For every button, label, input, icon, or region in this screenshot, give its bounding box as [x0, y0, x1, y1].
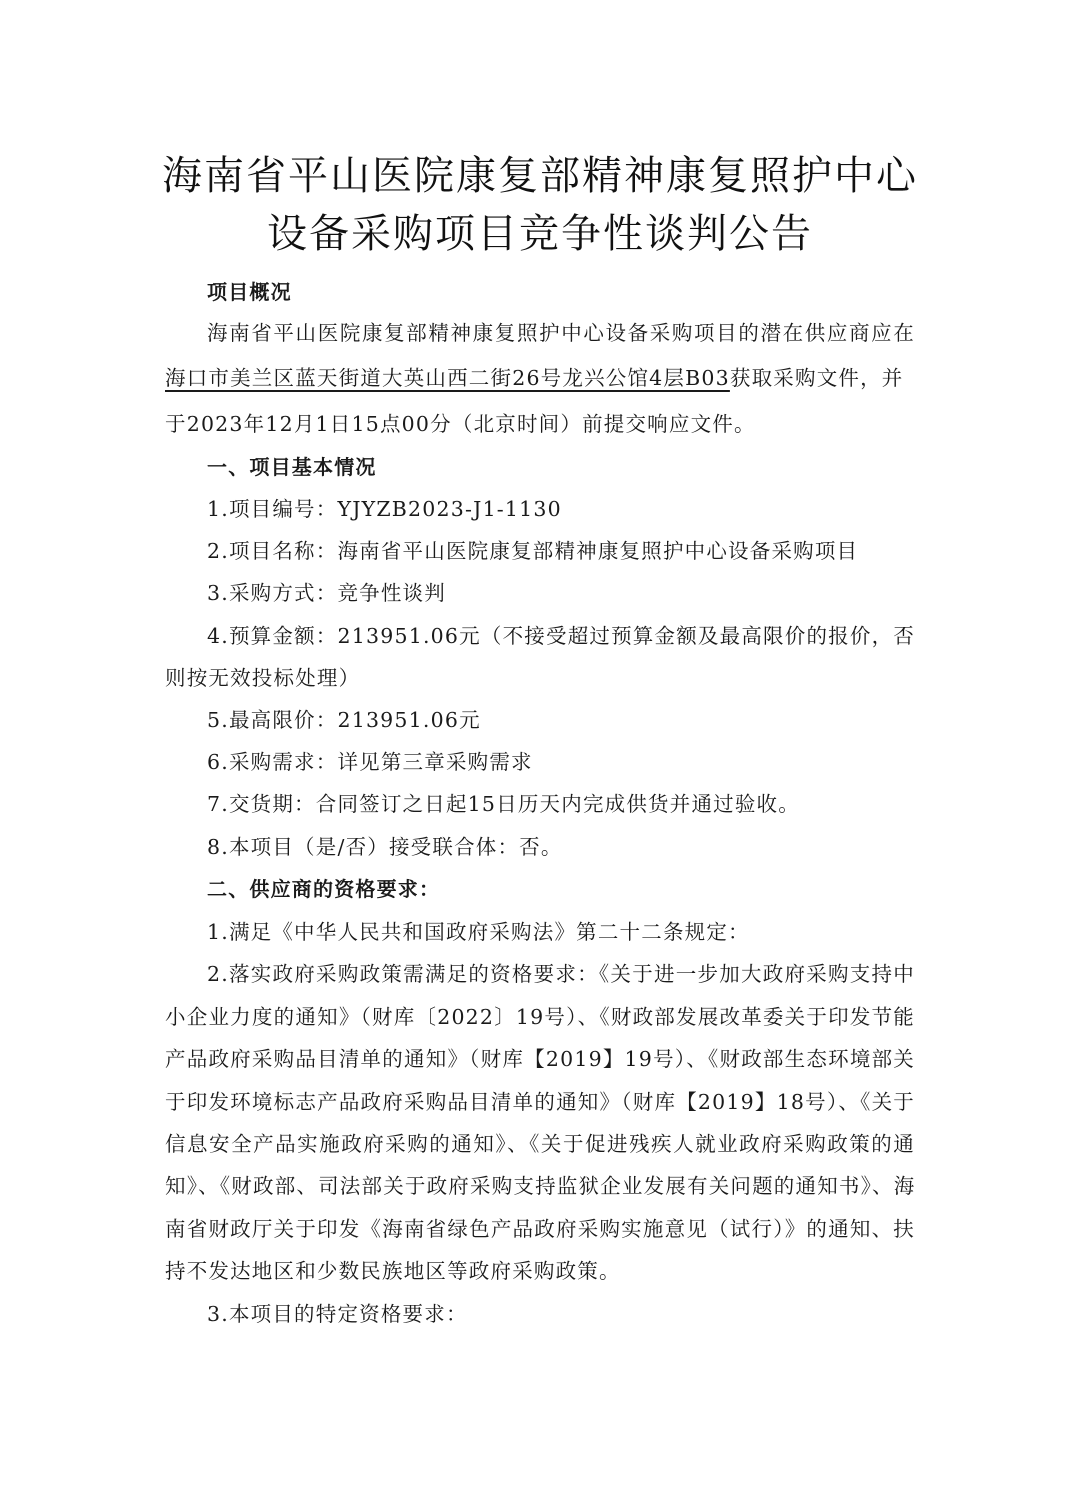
section-1-item-budget-continued: 则按无效投标处理） [165, 664, 915, 692]
section-1-item-budget: 4.预算金额：213951.06元（不接受超过预算金额及最高限价的报价，否 [207, 622, 915, 650]
section-1-item-delivery: 7.交货期：合同签订之日起15日历天内完成供货并通过验收。 [207, 790, 957, 818]
section-2-item-2-line-6: 知》、《财政部、司法部关于政府采购支持监狱企业发展有关问题的通知书》、海 [165, 1172, 915, 1200]
section-1-item-max-price: 5.最高限价：213951.06元 [207, 706, 957, 734]
section-2-item-2-line-4: 于印发环境标志产品政府采购品目清单的通知》（财库【2019】18号）、《关于 [165, 1088, 915, 1116]
document-title-line-1: 海南省平山医院康复部精神康复照护中心 [0, 152, 1080, 200]
section-2-item-2-line-2: 小企业力度的通知》（财库〔2022〕19号）、《财政部发展改革委关于印发节能 [165, 1003, 915, 1031]
section-1-item-consortium: 8.本项目（是/否）接受联合体：否。 [207, 833, 957, 861]
section-2-item-2-line-7: 南省财政厅关于印发《海南省绿色产品政府采购实施意见（试行）》的通知、扶 [165, 1215, 915, 1243]
section-1-item-requirements: 6.采购需求：详见第三章采购需求 [207, 748, 957, 776]
overview-paragraph-line-3: 于2023年12月1日15点00分（北京时间）前提交响应文件。 [165, 410, 915, 438]
section-1-heading: 一、项目基本情况 [207, 453, 957, 481]
document-title-line-2: 设备采购项目竞争性谈判公告 [0, 210, 1080, 258]
section-2-item-2-line-3: 产品政府采购品目清单的通知》（财库【2019】19号）、《财政部生态环境部关 [165, 1045, 915, 1073]
section-1-item-project-number: 1.项目编号：YJYZB2023-J1-1130 [207, 495, 957, 523]
overview-heading: 项目概况 [207, 278, 957, 306]
section-1-item-procurement-method: 3.采购方式：竞争性谈判 [207, 579, 957, 607]
pickup-address: 海口市美兰区蓝天街道大英山西二街26号龙兴公馆4层B03 [165, 366, 730, 390]
section-1-item-project-name: 2.项目名称：海南省平山医院康复部精神康复照护中心设备采购项目 [207, 537, 957, 565]
section-2-item-3: 3.本项目的特定资格要求： [207, 1300, 957, 1328]
section-2-heading: 二、供应商的资格要求： [207, 875, 957, 903]
document-page: 海南省平山医院康复部精神康复照护中心 设备采购项目竞争性谈判公告 项目概况 海南… [0, 0, 1080, 1509]
section-2-item-2-line-8: 持不发达地区和少数民族地区等政府采购政策。 [165, 1257, 915, 1285]
overview-paragraph-line-1: 海南省平山医院康复部精神康复照护中心设备采购项目的潜在供应商应在 [207, 319, 915, 347]
section-2-item-2-line-1: 2.落实政府采购政策需满足的资格要求：《关于进一步加大政府采购支持中 [207, 960, 915, 988]
section-2-item-1: 1.满足《中华人民共和国政府采购法》第二十二条规定： [207, 918, 957, 946]
overview-paragraph-line-2: 海口市美兰区蓝天街道大英山西二街26号龙兴公馆4层B03获取采购文件，并 [165, 364, 915, 392]
overview-paragraph-line-2-rest: 获取采购文件，并 [730, 366, 904, 390]
section-2-item-2-line-5: 信息安全产品实施政府采购的通知》、《关于促进残疾人就业政府采购政策的通 [165, 1130, 915, 1158]
